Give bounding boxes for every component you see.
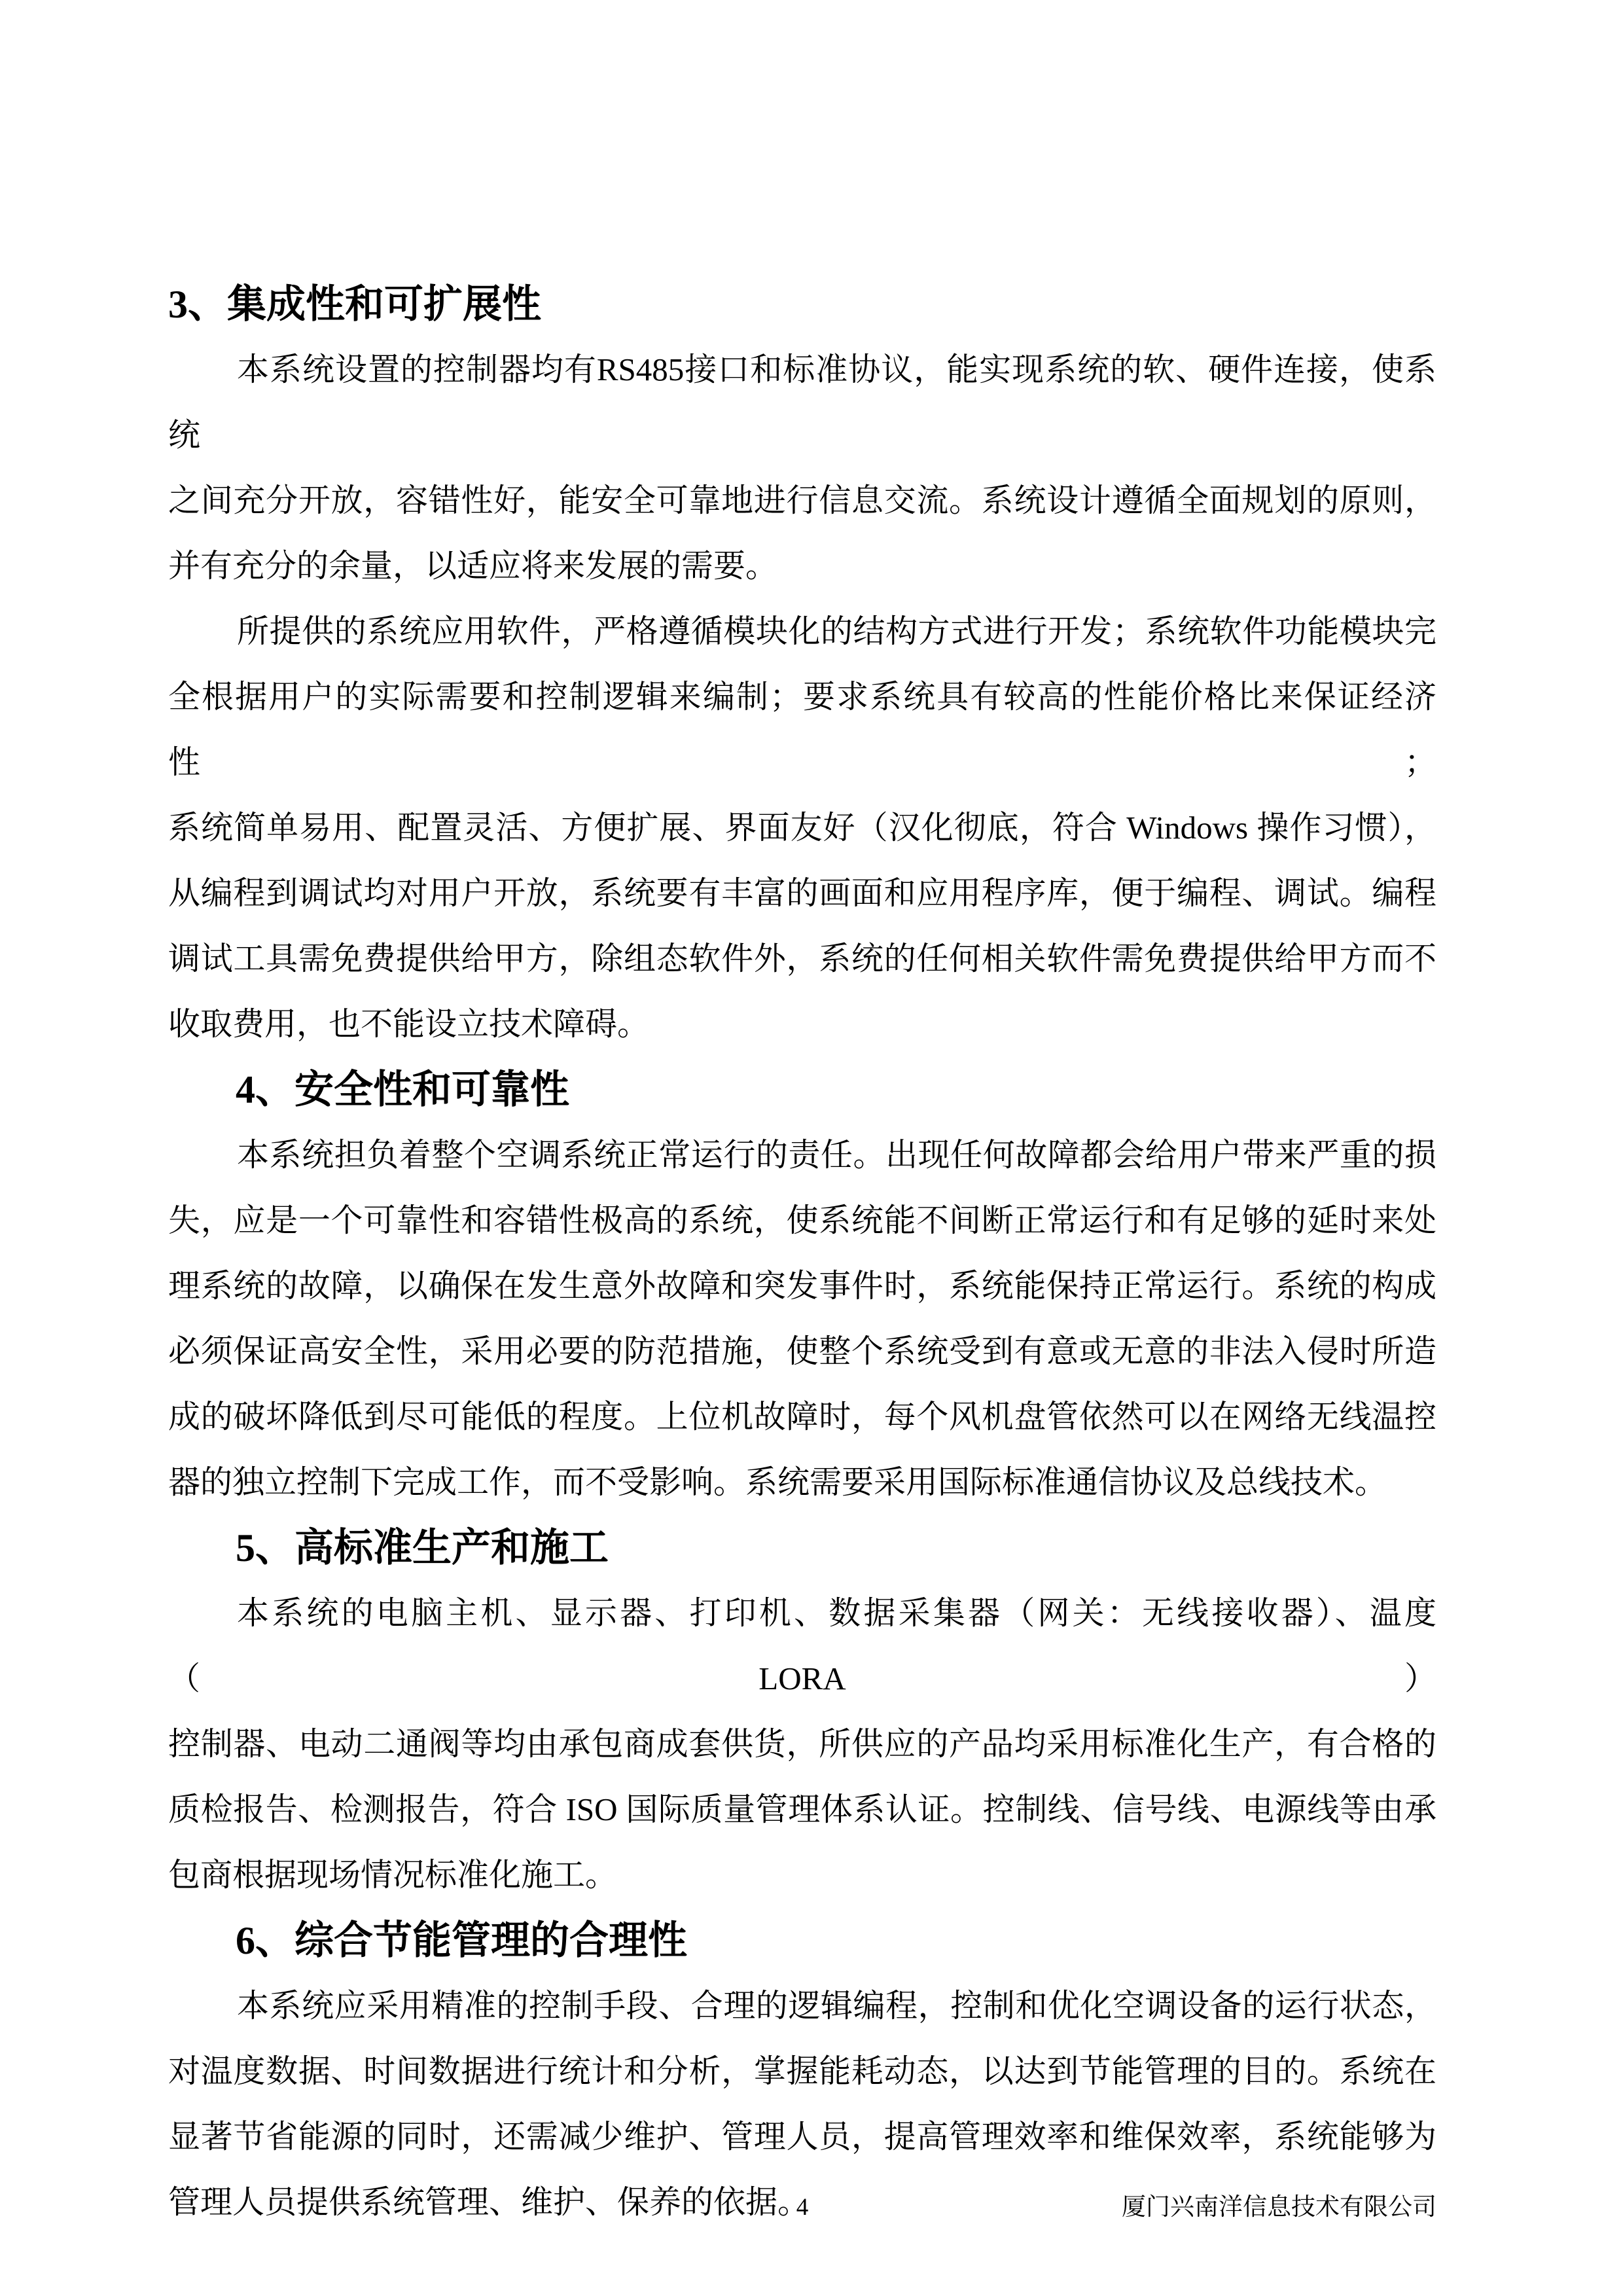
paragraph-line: 包商根据现场情况标准化施工。 bbox=[168, 1842, 1436, 1908]
paragraph-line: 显著节省能源的同时，还需减少维护、管理人员，提高管理效率和维保效率，系统能够为 bbox=[168, 2104, 1436, 2170]
paragraph-line: 质检报告、检测报告，符合 ISO 国际质量管理体系认证。控制线、信号线、电源线等… bbox=[168, 1777, 1436, 1842]
paragraph-line: 本系统设置的控制器均有RS485接口和标准协议，能实现系统的软、硬件连接，使系统 bbox=[168, 337, 1436, 468]
paragraph-line: 全根据用户的实际需要和控制逻辑来编制；要求系统具有较高的性能价格比来保证经济性； bbox=[168, 664, 1436, 795]
paragraph-line: 收取费用，也不能设立技术障碍。 bbox=[168, 992, 1436, 1057]
paragraph-line: 理系统的故障，以确保在发生意外故障和突发事件时，系统能保持正常运行。系统的构成 bbox=[168, 1253, 1436, 1319]
document-page: 3、集成性和可扩展性本系统设置的控制器均有RS485接口和标准协议，能实现系统的… bbox=[0, 0, 1623, 2296]
document-body: 3、集成性和可扩展性本系统设置的控制器均有RS485接口和标准协议，能实现系统的… bbox=[168, 272, 1436, 2235]
paragraph-line: 本系统担负着整个空调系统正常运行的责任。出现任何故障都会给用户带来严重的损 bbox=[168, 1122, 1436, 1188]
section-heading: 3、集成性和可扩展性 bbox=[168, 272, 1436, 337]
paragraph-line: 系统简单易用、配置灵活、方便扩展、界面友好（汉化彻底，符合 Windows 操作… bbox=[168, 795, 1436, 861]
paragraph-line: 必须保证高安全性，采用必要的防范措施，使整个系统受到有意或无意的非法入侵时所造 bbox=[168, 1319, 1436, 1384]
paragraph-line: 控制器、电动二通阀等均由承包商成套供货，所供应的产品均采用标准化生产，有合格的 bbox=[168, 1712, 1436, 1777]
paragraph-line: 调试工具需免费提供给甲方，除组态软件外，系统的任何相关软件需免费提供给甲方而不 bbox=[168, 926, 1436, 992]
paragraph-line: 之间充分开放，容错性好，能安全可靠地进行信息交流。系统设计遵循全面规划的原则， bbox=[168, 468, 1436, 533]
paragraph-line: 并有充分的余量，以适应将来发展的需要。 bbox=[168, 533, 1436, 599]
page-footer: 4 厦门兴南洋信息技术有限公司 bbox=[168, 2185, 1436, 2231]
section-heading: 4、安全性和可靠性 bbox=[168, 1057, 1436, 1122]
section-heading: 5、高标准生产和施工 bbox=[168, 1515, 1436, 1581]
section-heading: 6、综合节能管理的合理性 bbox=[168, 1908, 1436, 1973]
paragraph-line: 从编程到调试均对用户开放，系统要有丰富的画面和应用程序库，便于编程、调试。编程 bbox=[168, 861, 1436, 926]
paragraph-line: 本系统应采用精准的控制手段、合理的逻辑编程，控制和优化空调设备的运行状态， bbox=[168, 1973, 1436, 2039]
paragraph-line: 本系统的电脑主机、显示器、打印机、数据采集器（网关：无线接收器）、温度（LORA… bbox=[168, 1581, 1436, 1712]
paragraph-line: 对温度数据、时间数据进行统计和分析，掌握能耗动态，以达到节能管理的目的。系统在 bbox=[168, 2039, 1436, 2104]
paragraph-line: 器的独立控制下完成工作，而不受影响。系统需要采用国际标准通信协议及总线技术。 bbox=[168, 1450, 1436, 1515]
footer-company-name: 厦门兴南洋信息技术有限公司 bbox=[1122, 2185, 1436, 2231]
paragraph-line: 失，应是一个可靠性和容错性极高的系统，使系统能不间断正常运行和有足够的延时来处 bbox=[168, 1188, 1436, 1253]
paragraph-line: 成的破坏降低到尽可能低的程度。上位机故障时，每个风机盘管依然可以在网络无线温控 bbox=[168, 1384, 1436, 1450]
paragraph-line: 所提供的系统应用软件，严格遵循模块化的结构方式进行开发；系统软件功能模块完 bbox=[168, 599, 1436, 664]
